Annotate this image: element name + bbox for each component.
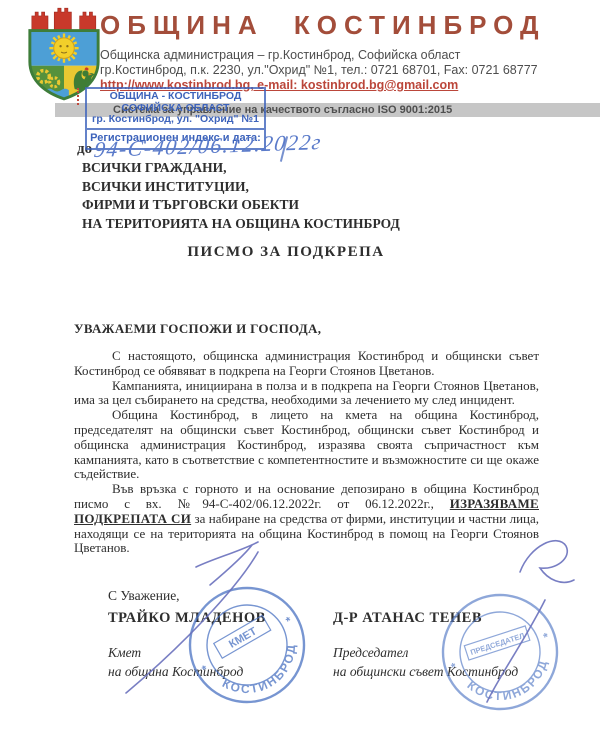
recipient-line: ВСИЧКИ ИНСТИТУЦИИ, <box>82 178 400 197</box>
signer-role-chairman: Председател на общински съвет Костинброд <box>333 643 518 681</box>
role-line: на община Костинброд <box>108 662 243 681</box>
municipality-title: ОБЩИНА КОСТИНБРОД <box>100 10 595 41</box>
signer-role-mayor: Кмет на община Костинброд <box>108 643 243 681</box>
stamp-star: * <box>283 613 294 628</box>
signer-name-mayor: ТРАЙКО МЛАДЕНОВ <box>108 610 266 627</box>
role-line: Председател <box>333 643 518 662</box>
salutation: УВАЖАЕМИ ГОСПОЖИ И ГОСПОДА, <box>74 321 321 337</box>
letterhead-address: гр.Костинброд, п.к. 2230, ул."Охрид" №1,… <box>100 63 595 78</box>
stamp-org-line1: ОБЩИНА - КОСТИНБРОД <box>87 91 264 103</box>
closing-regards: С Уважение, <box>108 588 180 604</box>
recipient-line: ВСИЧКИ ГРАЖДАНИ, <box>82 159 400 178</box>
recipient-block: ВСИЧКИ ГРАЖДАНИ, ВСИЧКИ ИНСТИТУЦИИ, ФИРМ… <box>82 159 400 233</box>
letterhead-subtitle: Общинска администрация – гр.Костинброд, … <box>100 48 595 63</box>
role-line: Кмет <box>108 643 243 662</box>
stamp-address: гр. Костинброд, ул. "Охрид" №1 <box>87 114 264 126</box>
paragraph: Във връзка с горното и на основание депо… <box>74 482 539 556</box>
stamp-star: * <box>542 630 551 645</box>
letterhead: ОБЩИНА КОСТИНБРОД Общинска администрация… <box>100 10 595 93</box>
scan-artifact-marks <box>77 88 79 105</box>
paragraph: Община Костинброд, в лицето на кмета на … <box>74 408 539 482</box>
paragraph: Кампанията, инициирана в полза и в подкр… <box>74 379 539 409</box>
paragraph: С настоящото, общинска администрация Кос… <box>74 349 539 379</box>
recipient-line: НА ТЕРИТОРИЯТА НА ОБЩИНА КОСТИНБРОД <box>82 215 400 234</box>
role-line: на общински съвет Костинброд <box>333 662 518 681</box>
scanned-letter-page: ОБЩИНА КОСТИНБРОД Общинска администрация… <box>0 0 600 735</box>
pen-signatures-icon <box>0 530 600 735</box>
signer-name-chairman: Д-Р АТАНАС ТЕНЕВ <box>333 610 482 627</box>
letter-title: ПИСМО ЗА ПОДКРЕПА <box>0 244 572 261</box>
letter-body: С настоящото, общинска администрация Кос… <box>74 349 539 556</box>
recipient-line: ФИРМИ И ТЪРГОВСКИ ОБЕКТИ <box>82 196 400 215</box>
